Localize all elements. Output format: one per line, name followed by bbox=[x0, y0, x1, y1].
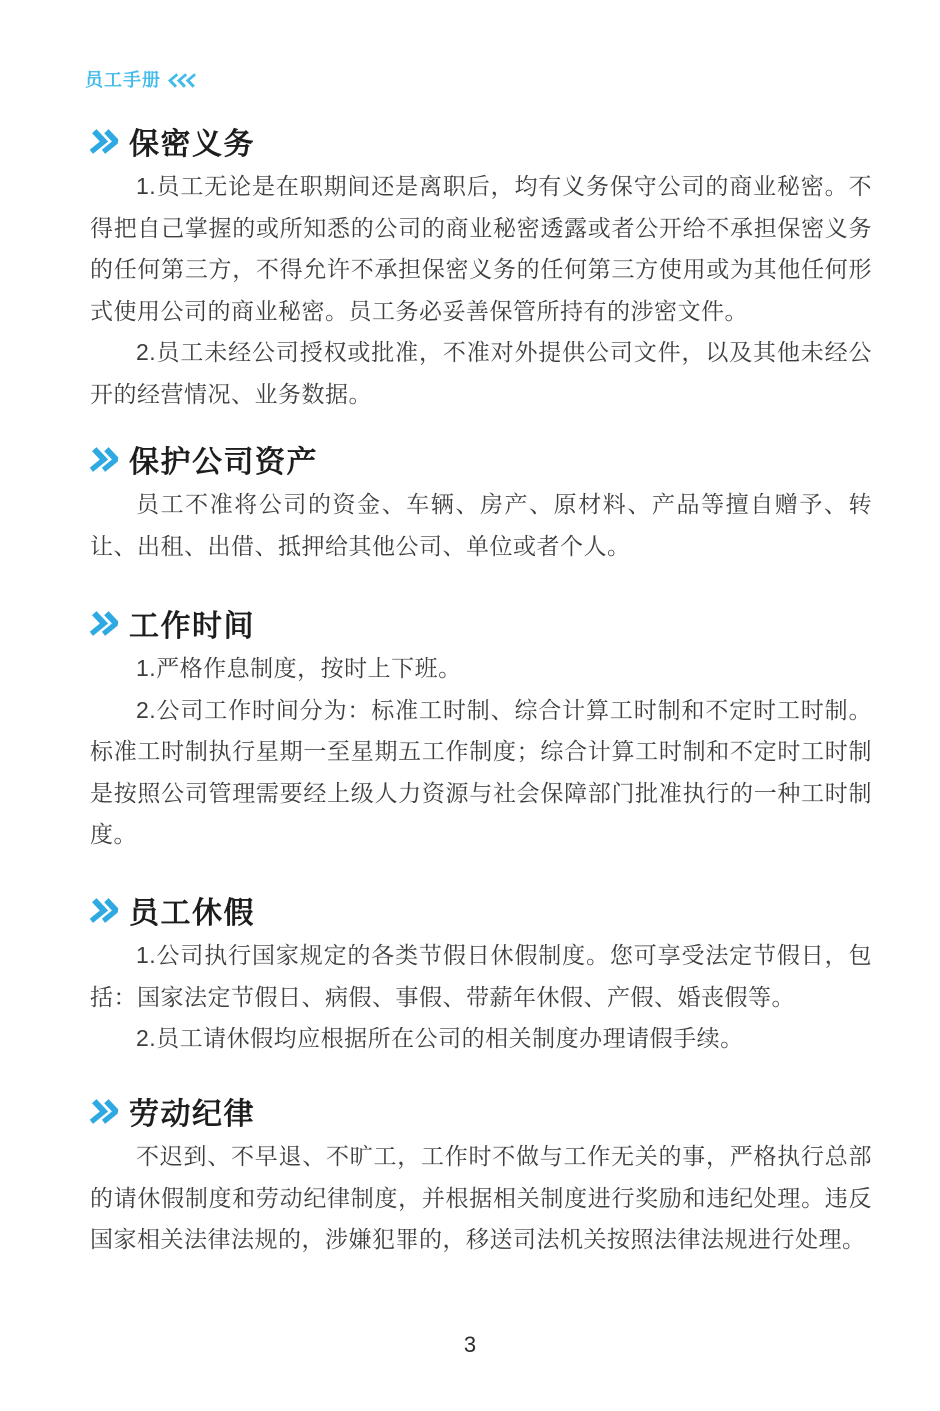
section-title: 劳动纪律 bbox=[129, 1089, 255, 1133]
section-employee-leave: 员工休假 1.公司执行国家规定的各类节假日休假制度。您可享受法定节假日，包括：国… bbox=[90, 891, 872, 1060]
section-heading: 工作时间 bbox=[90, 604, 872, 642]
section-heading: 员工休假 bbox=[90, 891, 872, 929]
section-confidentiality: 保密义务 1.员工无论是在职期间还是离职后，均有义务保守公司的商业秘密。不得把自… bbox=[90, 122, 872, 415]
paragraph: 1.公司执行国家规定的各类节假日休假制度。您可享受法定节假日，包括：国家法定节假… bbox=[90, 935, 872, 1018]
section-title: 员工休假 bbox=[129, 888, 255, 932]
double-right-chevron-icon bbox=[88, 1099, 120, 1124]
section-heading: 保护公司资产 bbox=[90, 440, 872, 478]
page-header: 员工手册 bbox=[85, 66, 198, 92]
double-right-chevron-icon bbox=[88, 898, 120, 923]
section-labor-discipline: 劳动纪律 不迟到、不早退、不旷工，工作时不做与工作无关的事，严格执行总部的请休假… bbox=[90, 1092, 872, 1261]
page-footer: 3 bbox=[0, 1332, 940, 1358]
paragraph: 1.严格作息制度，按时上下班。 bbox=[90, 648, 872, 690]
paragraph: 1.员工无论是在职期间还是离职后，均有义务保守公司的商业秘密。不得把自己掌握的或… bbox=[90, 166, 872, 332]
handbook-title: 员工手册 bbox=[85, 66, 161, 92]
document-page: 员工手册 保密义务 1.员工无论是在职期间还是离职后，均有义务保守公司的商业秘密… bbox=[0, 0, 940, 1411]
page-number: 3 bbox=[464, 1332, 476, 1357]
double-right-chevron-icon bbox=[88, 611, 120, 636]
section-title: 保护公司资产 bbox=[129, 437, 318, 481]
paragraph: 2.员工请休假均应根据所在公司的相关制度办理请假手续。 bbox=[90, 1018, 872, 1060]
double-right-chevron-icon bbox=[88, 447, 120, 472]
paragraph: 2.员工未经公司授权或批准，不准对外提供公司文件，以及其他未经公开的经营情况、业… bbox=[90, 332, 872, 415]
section-title: 保密义务 bbox=[129, 119, 255, 163]
paragraph: 不迟到、不早退、不旷工，工作时不做与工作无关的事，严格执行总部的请休假制度和劳动… bbox=[90, 1136, 872, 1261]
paragraph: 员工不准将公司的资金、车辆、房产、原材料、产品等擅自赠予、转让、出租、出借、抵押… bbox=[90, 484, 872, 567]
section-heading: 劳动纪律 bbox=[90, 1092, 872, 1130]
double-right-chevron-icon bbox=[88, 129, 120, 154]
section-heading: 保密义务 bbox=[90, 122, 872, 160]
section-company-assets: 保护公司资产 员工不准将公司的资金、车辆、房产、原材料、产品等擅自赠予、转让、出… bbox=[90, 440, 872, 567]
section-working-hours: 工作时间 1.严格作息制度，按时上下班。 2.公司工作时间分为：标准工时制、综合… bbox=[90, 604, 872, 856]
triple-left-chevron-icon bbox=[165, 73, 199, 88]
section-title: 工作时间 bbox=[129, 601, 255, 645]
paragraph: 2.公司工作时间分为：标准工时制、综合计算工时制和不定时工时制。标准工时制执行星… bbox=[90, 690, 872, 856]
